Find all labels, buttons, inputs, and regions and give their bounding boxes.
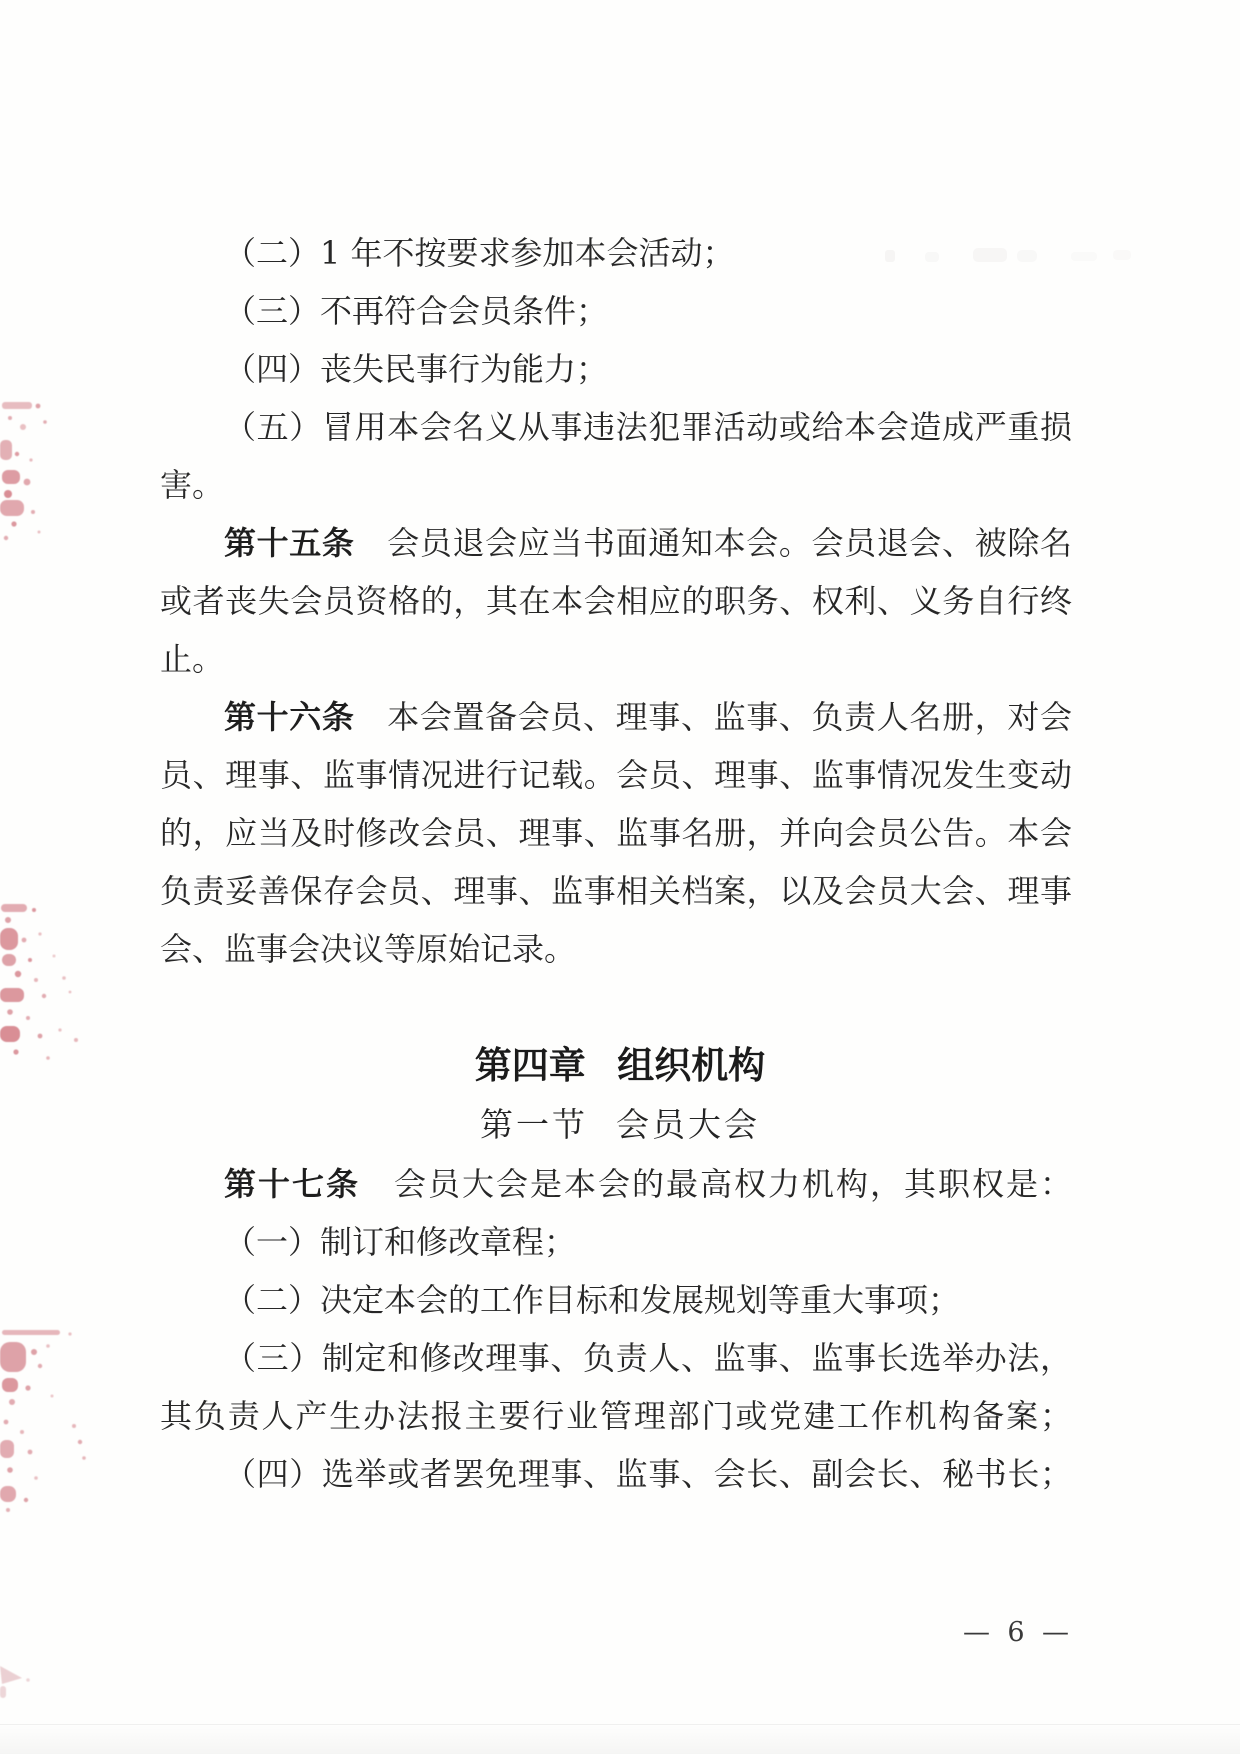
article-line: 第十七条 会员大会是本会的最高权力机构，其职权是： — [160, 1155, 1072, 1213]
body-line: 负责妥善保存会员、理事、监事相关档案，以及会员大会、理事 — [160, 862, 1072, 920]
body-line: （三）制定和修改理事、负责人、监事、监事长选举办法， — [160, 1329, 1072, 1387]
body-line: （二）决定本会的工作目标和发展规划等重大事项； — [160, 1271, 1072, 1329]
scan-edge-shading — [0, 1724, 1240, 1754]
document-page: （二）1 年不按要求参加本会活动； （三）不再符合会员条件； （四）丧失民事行为… — [0, 0, 1240, 1754]
section-title: 会员大会 — [616, 1105, 760, 1144]
article-text: 会员大会是本会的最高权力机构，其职权是： — [360, 1165, 1072, 1203]
body-line: 害。 — [160, 456, 1072, 514]
chapter-number: 第四章 — [475, 1044, 586, 1087]
article-text: 会员退会应当书面通知本会。会员退会、被除名 — [355, 524, 1072, 562]
article-line: 第十五条 会员退会应当书面通知本会。会员退会、被除名 — [160, 514, 1072, 572]
chapter-title: 组织机构 — [617, 1044, 765, 1087]
body-line: 止。 — [160, 630, 1072, 688]
stamp-fragment-lower-edge — [0, 1660, 40, 1700]
main-text-block-1: （二）1 年不按要求参加本会活动； （三）不再符合会员条件； （四）丧失民事行为… — [160, 224, 1072, 978]
main-text-block-2: 第十七条 会员大会是本会的最高权力机构，其职权是： （一）制订和修改章程； （二… — [160, 1155, 1072, 1503]
article-number: 第十七条 — [224, 1165, 360, 1203]
body-line: （二）1 年不按要求参加本会活动； — [160, 224, 1072, 282]
body-line: （四）选举或者罢免理事、监事、会长、副会长、秘书长； — [160, 1445, 1072, 1503]
stamp-fragment-bottom — [0, 1330, 104, 1515]
article-line: 第十六条 本会置备会员、理事、监事、负责人名册，对会 — [160, 688, 1072, 746]
footer-dash-left: — — [963, 1617, 990, 1648]
section-heading: 第一节会员大会 — [0, 1096, 1240, 1154]
body-line: 或者丧失会员资格的，其在本会相应的职务、权利、义务自行终 — [160, 572, 1072, 630]
chapter-heading: 第四章组织机构 — [0, 1037, 1240, 1095]
body-line: （三）不再符合会员条件； — [160, 282, 1072, 340]
body-line: 其负责人产生办法报主要行业管理部门或党建工作机构备案； — [160, 1387, 1072, 1445]
body-line: 的，应当及时修改会员、理事、监事名册，并向会员公告。本会 — [160, 804, 1072, 862]
body-line: 会、监事会决议等原始记录。 — [160, 920, 1072, 978]
body-line: （一）制订和修改章程； — [160, 1213, 1072, 1271]
section-number: 第一节 — [480, 1105, 588, 1144]
article-number: 第十六条 — [224, 698, 355, 736]
article-text: 本会置备会员、理事、监事、负责人名册，对会 — [355, 698, 1072, 736]
page-number: 6 — [1007, 1617, 1024, 1648]
footer-dash-right: — — [1042, 1617, 1069, 1648]
page-footer: — 6 — — [963, 1615, 1069, 1649]
body-line: 员、理事、监事情况进行记载。会员、理事、监事情况发生变动 — [160, 746, 1072, 804]
body-line: （四）丧失民事行为能力； — [160, 340, 1072, 398]
stamp-fragment-top — [0, 396, 64, 544]
body-line: （五）冒用本会名义从事违法犯罪活动或给本会造成严重损 — [160, 398, 1072, 456]
article-number: 第十五条 — [224, 524, 355, 562]
